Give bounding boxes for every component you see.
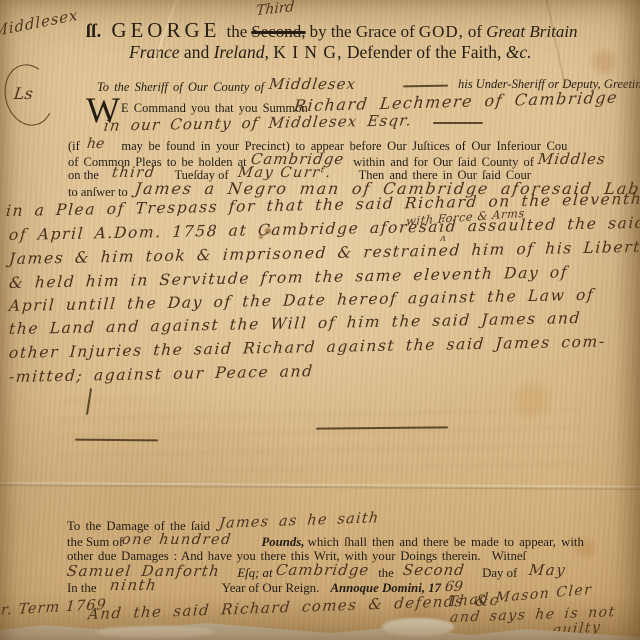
worn-light-patch: [382, 618, 454, 636]
pounds-word: Pounds,: [261, 535, 304, 549]
ireland-word: Ireland,: [214, 42, 269, 62]
teste-month-handwritten: May: [527, 561, 566, 579]
damage-line2: the Sum of one hundred Pounds, which ſha…: [67, 534, 584, 550]
royal-style-line2: France and Ireland, K I N G, Defender of…: [129, 42, 532, 63]
struck-regnal-number: Second,: [251, 22, 305, 41]
plea-line: -mitted; against our Peace and: [8, 362, 314, 386]
seal-mark: Ls: [13, 84, 34, 103]
defender-clause: Defender of the Faith,: [347, 42, 502, 62]
to-damage-text: To the Damage of the ſaid: [67, 519, 210, 533]
plea-line: other Injuries the said Richard against …: [8, 333, 606, 362]
address-county-handwritten: Middlesex: [268, 75, 357, 93]
royal-style-line: ſſ. GEORGE the Second, by the Grace of G…: [86, 18, 578, 43]
pen-dash: [75, 439, 158, 441]
realm-name: Great Britain: [486, 22, 577, 41]
within-county-handwritten: Middles: [537, 150, 607, 168]
teste-place-handwritten: Cambridge: [275, 561, 371, 579]
to-sheriff-text: To the Sheriff of Our County of: [97, 80, 264, 94]
fold-crease: [0, 482, 640, 490]
pen-descender-stroke: [86, 388, 92, 415]
france-word: France: [129, 42, 180, 62]
sheriff-address-line: To the Sheriff of Our County of Middlese…: [97, 77, 356, 95]
regnal-year-handwritten: ninth: [109, 576, 159, 594]
of-word: of: [468, 22, 482, 41]
margin-county-label: Middlesex: [0, 6, 79, 41]
god-word: GOD,: [419, 22, 464, 41]
damage-plaintiff-handwritten: James as he saith: [218, 510, 380, 532]
day-of-text: Day of: [482, 566, 517, 580]
answer-to-text: to anſwer to: [68, 185, 128, 199]
writ-document-scan: Middlesex ſſ. GEORGE the Second, by the …: [0, 0, 640, 640]
etc-mark: &c.: [506, 42, 532, 62]
pen-dash: [403, 85, 448, 87]
regnal-correction: Third: [256, 0, 295, 19]
appear-text: which ſhall then and there be made to ap…: [308, 535, 584, 549]
if-word: (if: [68, 139, 80, 153]
amount-handwritten: one hundred: [121, 532, 233, 548]
sum-of-text: the Sum of: [67, 535, 123, 549]
and-word: and: [184, 42, 209, 62]
pen-dash: [316, 426, 448, 429]
verso-showthrough-texture: [60, 400, 580, 470]
king-title: K I N G,: [273, 42, 342, 62]
ss-abbreviation: ſſ.: [86, 21, 101, 42]
king-name: GEORGE: [111, 18, 220, 42]
he-handwritten: he: [86, 136, 105, 152]
insertion-caret: ʌ: [439, 233, 446, 244]
teste-day-handwritten: Second: [402, 561, 466, 579]
grace-clause: by the Grace of: [310, 22, 415, 41]
witness-word: Witneſ: [492, 549, 526, 563]
worn-light-patch: [95, 626, 215, 638]
word-the: the: [226, 22, 247, 41]
in-the-text: In the: [67, 581, 97, 595]
pen-dash: [433, 122, 483, 124]
year-reign-text: Year of Our Reign.: [222, 581, 320, 595]
on-the-text: on the: [68, 168, 99, 182]
